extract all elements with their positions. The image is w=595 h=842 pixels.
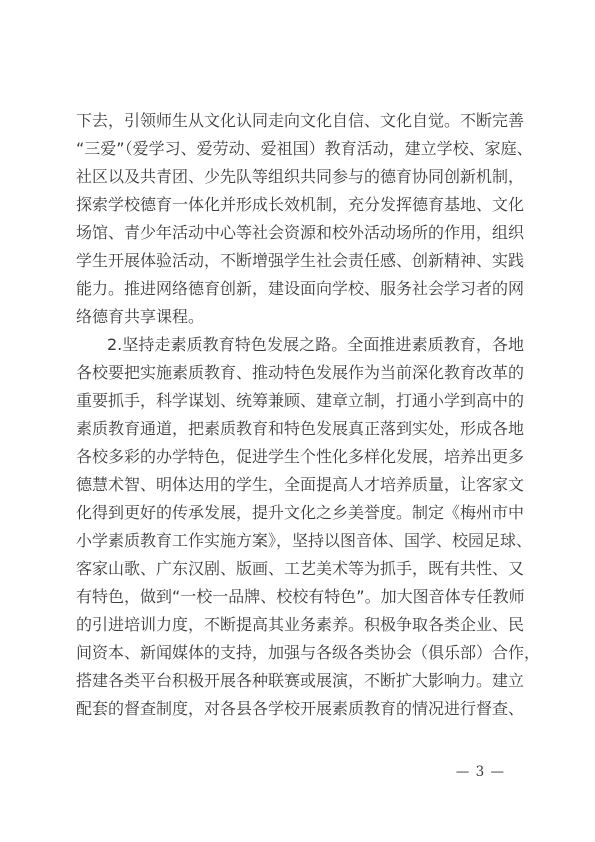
paragraph-1: 下去，引领师生从文化认同走向文化自信、文化自觉。不断完善“三爱”（爱学习、爱劳动…	[76, 107, 524, 331]
text-line: 小学素质教育工作实施方案》，坚持以图音体、国学、校园足球、	[76, 527, 524, 555]
text-line: 德慧术智、明体达用的学生，全面提高人才培养质量，让客家文	[76, 471, 524, 499]
text-line: 各校多彩的办学特色，促进学生个性化多样化发展，培养出更多	[76, 443, 524, 471]
text-line: 探索学校德育一体化并形成长效机制，充分发挥德育基地、文化	[76, 191, 524, 219]
text-line: 能力。推进网络德育创新，建设面向学校、服务社会学习者的网	[76, 275, 524, 303]
text-line: 下去，引领师生从文化认同走向文化自信、文化自觉。不断完善	[76, 107, 524, 135]
document-page: 下去，引领师生从文化认同走向文化自信、文化自觉。不断完善“三爱”（爱学习、爱劳动…	[0, 0, 595, 842]
text-line: 社区以及共青团、少先队等组织共同参与的德育协同创新机制，	[76, 163, 524, 191]
text-line: 搭建各类平台积极开展各种联赛或展演，不断扩大影响力。建立	[76, 667, 524, 695]
text-line: 间资本、新闻媒体的支持，加强与各级各类协会（俱乐部）合作，	[76, 639, 524, 667]
text-line: 2.坚持走素质教育特色发展之路。全面推进素质教育，各地	[76, 331, 524, 359]
paragraph-2: 2.坚持走素质教育特色发展之路。全面推进素质教育，各地各校要把实施素质教育、推动…	[76, 331, 524, 723]
text-line: 有特色，做到“一校一品牌、校校有特色”。加大图音体专任教师	[76, 583, 524, 611]
text-line: 化得到更好的传承发展，提升文化之乡美誉度。制定《梅州市中	[76, 499, 524, 527]
text-line: 络德育共享课程。	[76, 303, 524, 331]
page-number: — 3 —	[456, 763, 505, 781]
text-line: 配套的督查制度，对各县各学校开展素质教育的情况进行督查、	[76, 695, 524, 723]
text-line: 重要抓手，科学谋划、统筹兼顾、建章立制，打通小学到高中的	[76, 387, 524, 415]
text-line: 各校要把实施素质教育、推动特色发展作为当前深化教育改革的	[76, 359, 524, 387]
page-text-body: 下去，引领师生从文化认同走向文化自信、文化自觉。不断完善“三爱”（爱学习、爱劳动…	[76, 107, 524, 723]
text-line: 客家山歌、广东汉剧、版画、工艺美术等为抓手，既有共性、又	[76, 555, 524, 583]
text-line: 的引进培训力度，不断提高其业务素养。积极争取各类企业、民	[76, 611, 524, 639]
text-line: “三爱”（爱学习、爱劳动、爱祖国）教育活动，建立学校、家庭、	[76, 135, 524, 163]
text-line: 学生开展体验活动，不断增强学生社会责任感、创新精神、实践	[76, 247, 524, 275]
text-line: 场馆、青少年活动中心等社会资源和校外活动场所的作用，组织	[76, 219, 524, 247]
text-line: 素质教育通道，把素质教育和特色发展真正落到实处，形成各地	[76, 415, 524, 443]
